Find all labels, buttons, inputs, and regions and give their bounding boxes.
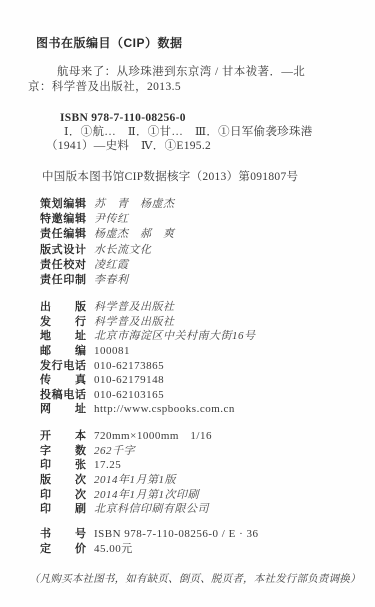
staff-block: 策划编辑苏 青 杨虚杰 特邀编辑尹传红 责任编辑杨虚杰 郝 爽 版式设计水长流文…: [40, 197, 375, 288]
spec-row: 版次2014年1月第1版: [40, 473, 375, 488]
publishing-value: 北京市海淀区中关村南大街16号: [94, 330, 256, 342]
specs-block: 开本720mm×1000mm 1/16 字数262千字 印张17.25 版次20…: [40, 429, 375, 517]
spec-label: 版次: [40, 473, 86, 488]
publishing-row: 投稿电话010-62103165: [40, 388, 375, 403]
publishing-value: 010-62103165: [94, 389, 164, 401]
staff-label: 版式设计: [40, 243, 86, 258]
spec-value: 2014年1月第1版: [94, 474, 176, 486]
publishing-label: 邮编: [40, 344, 86, 359]
spec-label: 印刷: [40, 502, 86, 517]
class-line2: （1941）—史料 Ⅳ．①E195.2: [0, 139, 375, 153]
staff-value: 尹传红: [94, 213, 129, 225]
cip-entry-line1: 航母来了：从珍珠港到东京湾 / 甘本祓著．—北: [0, 65, 375, 80]
staff-label: 特邀编辑: [40, 212, 86, 227]
copyright-page: 图书在版编目（CIP）数据 航母来了：从珍珠港到东京湾 / 甘本祓著．—北 京：…: [0, 0, 375, 607]
book-number-row: 书号ISBN 978-7-110-08256-0 / E · 36: [40, 527, 375, 542]
publishing-value: 科学普及出版社: [94, 316, 175, 328]
spec-label: 字数: [40, 444, 86, 459]
publishing-value: 010-62173865: [94, 360, 164, 372]
publishing-label: 传真: [40, 373, 86, 388]
staff-row: 责任校对凌红霞: [40, 258, 375, 273]
spec-row: 印刷北京科信印刷有限公司: [40, 502, 375, 517]
replacement-notice: （凡购买本社图书，如有缺页、倒页、脱页者，本社发行部负责调换）: [0, 571, 375, 586]
isbn-line: ISBN 978-7-110-08256-0: [0, 111, 375, 125]
publishing-row: 出版科学普及出版社: [40, 300, 375, 315]
publishing-label: 网址: [40, 402, 86, 417]
publishing-row: 地址北京市海淀区中关村南大街16号: [40, 329, 375, 344]
book-number-value: ISBN 978-7-110-08256-0 / E · 36: [94, 528, 259, 540]
staff-label: 责任校对: [40, 258, 86, 273]
publishing-label: 投稿电话: [40, 388, 86, 403]
website-url: http://www.cspbooks.com.cn: [94, 403, 235, 415]
staff-value: 杨虚杰 郝 爽: [94, 228, 175, 240]
spec-label: 印张: [40, 458, 86, 473]
staff-row: 特邀编辑尹传红: [40, 212, 375, 227]
publishing-value: 100081: [94, 345, 130, 357]
publishing-row: 发行电话010-62173865: [40, 359, 375, 374]
staff-row: 版式设计水长流文化: [40, 243, 375, 258]
publishing-row: 邮编100081: [40, 344, 375, 359]
publishing-label: 地址: [40, 329, 86, 344]
spec-value: 2014年1月第1次印刷: [94, 489, 199, 501]
spec-row: 印次2014年1月第1次印刷: [40, 488, 375, 503]
spec-label: 印次: [40, 488, 86, 503]
publishing-label: 发行: [40, 315, 86, 330]
publishing-row: 网址http://www.cspbooks.com.cn: [40, 402, 375, 417]
cip-header: 图书在版编目（CIP）数据: [36, 34, 375, 51]
cip-record-number: 中国版本图书馆CIP数据核字（2013）第091807号: [0, 168, 375, 184]
spec-row: 印张17.25: [40, 458, 375, 473]
staff-label: 策划编辑: [40, 197, 86, 212]
price-label: 定价: [40, 542, 86, 557]
staff-value: 苏 青 杨虚杰: [94, 198, 175, 210]
publishing-block: 出版科学普及出版社 发行科学普及出版社 地址北京市海淀区中关村南大街16号 邮编…: [40, 300, 375, 417]
staff-value: 凌红霞: [94, 259, 129, 271]
staff-row: 责任印制李春利: [40, 273, 375, 288]
staff-label: 责任编辑: [40, 227, 86, 242]
cip-classification: ISBN 978-7-110-08256-0 Ⅰ．①航… Ⅱ．①甘… Ⅲ．①日军…: [0, 111, 375, 153]
staff-value: 李春利: [94, 274, 129, 286]
spec-label: 开本: [40, 429, 86, 444]
price-row: 定价45.00元: [40, 542, 375, 557]
spec-value: 720mm×1000mm 1/16: [94, 430, 212, 442]
class-line1: Ⅰ．①航… Ⅱ．①甘… Ⅲ．①日军偷袭珍珠港: [0, 125, 375, 139]
publishing-value: 科学普及出版社: [94, 301, 175, 313]
spec-row: 字数262千字: [40, 444, 375, 459]
staff-row: 责任编辑杨虚杰 郝 爽: [40, 227, 375, 242]
staff-value: 水长流文化: [94, 244, 152, 256]
price-value: 45.00元: [94, 543, 133, 555]
cip-entry: 航母来了：从珍珠港到东京湾 / 甘本祓著．—北 京：科学普及出版社，2013.5: [0, 65, 375, 94]
book-number-label: 书号: [40, 527, 86, 542]
cip-entry-line2: 京：科学普及出版社，2013.5: [0, 80, 375, 95]
publishing-value: 010-62179148: [94, 374, 164, 386]
spec-row: 开本720mm×1000mm 1/16: [40, 429, 375, 444]
publishing-label: 出版: [40, 300, 86, 315]
spec-value: 17.25: [94, 459, 121, 471]
publishing-row: 传真010-62179148: [40, 373, 375, 388]
spec-value: 北京科信印刷有限公司: [94, 503, 209, 515]
publishing-label: 发行电话: [40, 359, 86, 374]
staff-row: 策划编辑苏 青 杨虚杰: [40, 197, 375, 212]
pricing-block: 书号ISBN 978-7-110-08256-0 / E · 36 定价45.0…: [40, 527, 375, 557]
spec-value: 262千字: [94, 445, 135, 457]
publishing-row: 发行科学普及出版社: [40, 315, 375, 330]
staff-label: 责任印制: [40, 273, 86, 288]
